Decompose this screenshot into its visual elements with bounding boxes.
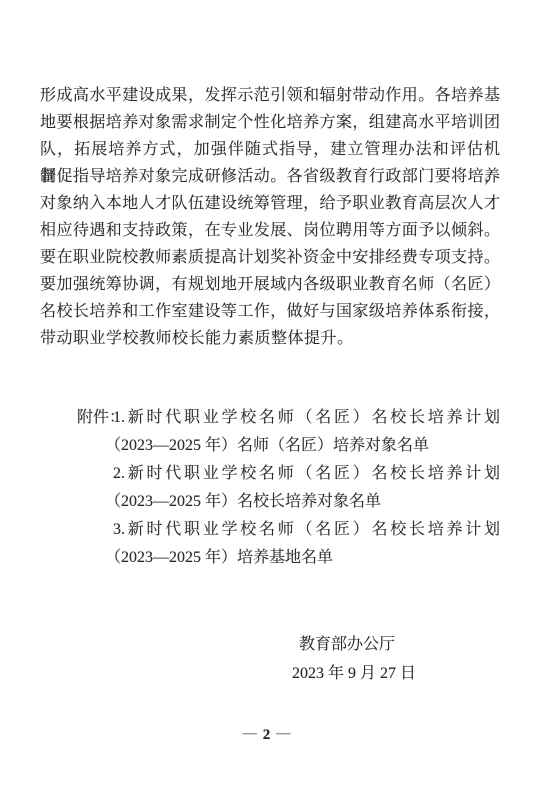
- attachment-item-1-line-2: （2023—2025 年）名师（名匠）培养对象名单: [105, 432, 500, 460]
- attachment-list: 1.新时代职业学校名师（名匠）名校长培养计划 （2023—2025 年）名师（名…: [105, 404, 500, 572]
- page-number-value: 2: [263, 727, 271, 743]
- page-number: —2—: [0, 727, 533, 744]
- body-line: 地要根据培养对象需求制定个性化培养方案，组建高水平培训团: [40, 109, 500, 136]
- page-number-dash-left: —: [243, 726, 257, 741]
- body-line: 督促指导培养对象完成研修活动。各省级教育行政部门要将培养: [40, 163, 500, 190]
- body-line: 要在职业院校教师素质提高计划奖补资金中安排经费专项支持。: [40, 244, 500, 271]
- body-line: 形成高水平建设成果，发挥示范引领和辐射带动作用。各培养基: [40, 82, 500, 109]
- attachment-item-2-line-1: 2.新时代职业学校名师（名匠）名校长培养计划: [105, 460, 500, 488]
- body-line: 带动职业学校教师校长能力素质整体提升。: [40, 325, 500, 352]
- body-line: 名校长培养和工作室建设等工作，做好与国家级培养体系衔接，: [40, 298, 500, 325]
- body-line: 队，拓展培养方式，加强伴随式指导，建立管理办法和评估机制，: [40, 136, 500, 163]
- document-page: 形成高水平建设成果，发挥示范引领和辐射带动作用。各培养基 地要根据培养对象需求制…: [0, 0, 533, 799]
- page-number-dash-right: —: [276, 726, 290, 741]
- body-line: 对象纳入本地人才队伍建设统筹管理，给予职业教育高层次人才: [40, 190, 500, 217]
- attachment-item-1-line-1: 1.新时代职业学校名师（名匠）名校长培养计划: [105, 404, 500, 432]
- body-line: 要加强统筹协调，有规划地开展域内各级职业教育名师（名匠）: [40, 271, 500, 298]
- signature-date: 2023 年 9 月 27 日: [292, 665, 416, 683]
- signature-organization: 教育部办公厅: [299, 636, 395, 654]
- body-line: 相应待遇和支持政策，在专业发展、岗位聘用等方面予以倾斜。: [40, 217, 500, 244]
- attachment-item-3-line-1: 3.新时代职业学校名师（名匠）名校长培养计划: [105, 516, 500, 544]
- body-paragraph: 形成高水平建设成果，发挥示范引领和辐射带动作用。各培养基 地要根据培养对象需求制…: [40, 82, 500, 352]
- attachment-item-2-line-2: （2023—2025 年）名校长培养对象名单: [105, 488, 500, 516]
- attachment-item-3-line-2: （2023—2025 年）培养基地名单: [105, 544, 500, 572]
